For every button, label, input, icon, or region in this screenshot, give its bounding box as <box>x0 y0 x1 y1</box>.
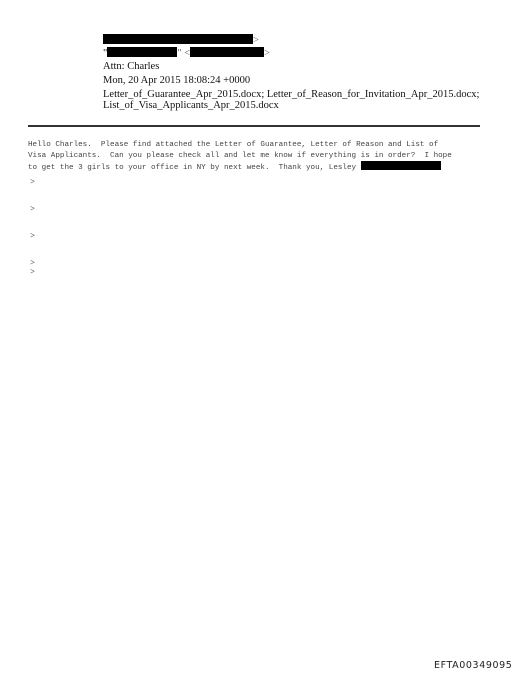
body-line-2: Visa Applicants. Can you please check al… <box>28 151 452 162</box>
quote-marker: > <box>30 205 35 214</box>
quote-marker: > <box>30 268 35 277</box>
date-value: Mon, 20 Apr 2015 18:08:24 +0000 <box>103 75 250 87</box>
redaction-block <box>103 34 253 44</box>
quote-marker: > <box>30 259 35 268</box>
body-line-3: to get the 3 girls to your office in NY … <box>28 161 452 174</box>
from-value: > <box>103 34 259 47</box>
attachments-value-line2: List_of_Visa_Applicants_Apr_2015.docx <box>103 100 279 112</box>
redaction-block <box>361 161 441 170</box>
to-value: "" <> <box>103 47 270 60</box>
email-body: Hello Charles. Please find attached the … <box>28 140 452 174</box>
quote-marker: > <box>30 178 35 187</box>
subject-value: Attn: Charles <box>103 61 159 73</box>
redaction-block <box>190 47 264 57</box>
header-divider <box>28 125 480 127</box>
document-id: EFTA00349095 <box>434 660 512 671</box>
quote-marker: > <box>30 232 35 241</box>
redaction-block <box>107 47 177 57</box>
body-line-1: Hello Charles. Please find attached the … <box>28 140 452 151</box>
